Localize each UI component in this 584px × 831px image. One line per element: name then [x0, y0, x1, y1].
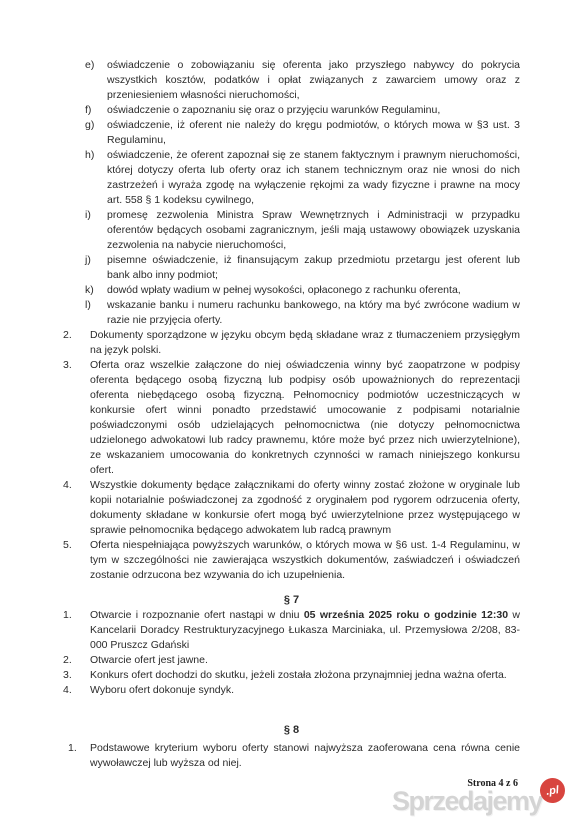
numbered-list-section7: 1. Otwarcie i rozpoznanie ofert nastąpi …: [63, 608, 520, 698]
list-item-text: Konkurs ofert dochodzi do skutku, jeżeli…: [90, 668, 520, 683]
list-item-text: Oferta oraz wszelkie załączone do niej o…: [90, 358, 520, 478]
list-item: 2. Dokumenty sporządzone w języku obcym …: [63, 328, 520, 358]
list-item-label: g): [85, 118, 107, 148]
list-item: e) oświadczenie o zobowiązaniu się ofere…: [85, 58, 520, 103]
list-item: 1. Otwarcie i rozpoznanie ofert nastąpi …: [63, 608, 520, 653]
list-item-text: Otwarcie i rozpoznanie ofert nastąpi w d…: [90, 608, 520, 653]
list-item: 4. Wszystkie dokumenty będące załącznika…: [63, 478, 520, 538]
list-item: l) wskazanie banku i numeru rachunku ban…: [85, 298, 520, 328]
list-item-text: wskazanie banku i numeru rachunku bankow…: [107, 298, 520, 328]
list-item-text: Oferta niespełniająca powyższych warunkó…: [90, 538, 520, 583]
list-item-label: l): [85, 298, 107, 328]
list-item-text: pisemne oświadczenie, iż finansującym za…: [107, 253, 520, 283]
list-item-text: oświadczenie, że oferent zapoznał się ze…: [107, 148, 520, 208]
list-item-label: 1.: [63, 741, 90, 771]
list-item: g) oświadczenie, iż oferent nie należy d…: [85, 118, 520, 148]
list-item-label: j): [85, 253, 107, 283]
list-item-label: h): [85, 148, 107, 208]
list-item-text: dowód wpłaty wadium w pełnej wysokości, …: [107, 283, 520, 298]
numbered-list-section8: 1. Podstawowe kryterium wyboru oferty st…: [63, 741, 520, 771]
list-item: 4. Wyboru ofert dokonuje syndyk.: [63, 683, 520, 698]
list-item: 3. Oferta oraz wszelkie załączone do nie…: [63, 358, 520, 478]
list-item: 3. Konkurs ofert dochodzi do skutku, jeż…: [63, 668, 520, 683]
numbered-list-section6: 2. Dokumenty sporządzone w języku obcym …: [63, 328, 520, 583]
list-item-label: 5.: [63, 538, 90, 583]
list-item: h) oświadczenie, że oferent zapoznał się…: [85, 148, 520, 208]
list-item-label: 2.: [63, 653, 90, 668]
list-item-text: Podstawowe kryterium wyboru oferty stano…: [90, 741, 520, 771]
list-item-label: 3.: [63, 668, 90, 683]
watermark-text: Sprzedajemy: [392, 786, 542, 817]
section-7-heading: § 7: [63, 593, 520, 608]
watermark: Sprzedajemy .pl: [392, 778, 578, 823]
text-segment: Otwarcie i rozpoznanie ofert nastąpi w d…: [90, 609, 304, 621]
text-segment-bold: 05 września 2025 roku o godzinie 12:30: [304, 609, 508, 621]
list-item-label: i): [85, 208, 107, 253]
lettered-list: e) oświadczenie o zobowiązaniu się ofere…: [85, 58, 520, 328]
list-item-label: f): [85, 103, 107, 118]
list-item: i) promesę zezwolenia Ministra Spraw Wew…: [85, 208, 520, 253]
list-item: j) pisemne oświadczenie, iż finansującym…: [85, 253, 520, 283]
watermark-pl-badge: .pl: [538, 776, 566, 804]
document-page: e) oświadczenie o zobowiązaniu się ofere…: [0, 0, 584, 831]
list-item-label: 4.: [63, 683, 90, 698]
list-item-text: promesę zezwolenia Ministra Spraw Wewnęt…: [107, 208, 520, 253]
list-item-text: oświadczenie, iż oferent nie należy do k…: [107, 118, 520, 148]
list-item: 5. Oferta niespełniająca powyższych waru…: [63, 538, 520, 583]
document-body: e) oświadczenie o zobowiązaniu się ofere…: [63, 58, 520, 771]
list-item: 2. Otwarcie ofert jest jawne.: [63, 653, 520, 668]
list-item-text: Dokumenty sporządzone w języku obcym będ…: [90, 328, 520, 358]
list-item-label: 1.: [63, 608, 90, 653]
list-item-label: 4.: [63, 478, 90, 538]
list-item: k) dowód wpłaty wadium w pełnej wysokośc…: [85, 283, 520, 298]
section-8-heading: § 8: [63, 723, 520, 738]
list-item-label: k): [85, 283, 107, 298]
list-item: f) oświadczenie o zapoznaniu się oraz o …: [85, 103, 520, 118]
list-item-text: Otwarcie ofert jest jawne.: [90, 653, 520, 668]
list-item: 1. Podstawowe kryterium wyboru oferty st…: [63, 741, 520, 771]
list-item-text: oświadczenie o zapoznaniu się oraz o prz…: [107, 103, 520, 118]
list-item-label: e): [85, 58, 107, 103]
list-item-label: 2.: [63, 328, 90, 358]
list-item-label: 3.: [63, 358, 90, 478]
list-item-text: Wyboru ofert dokonuje syndyk.: [90, 683, 520, 698]
list-item-text: oświadczenie o zobowiązaniu się oferenta…: [107, 58, 520, 103]
list-item-text: Wszystkie dokumenty będące załącznikami …: [90, 478, 520, 538]
